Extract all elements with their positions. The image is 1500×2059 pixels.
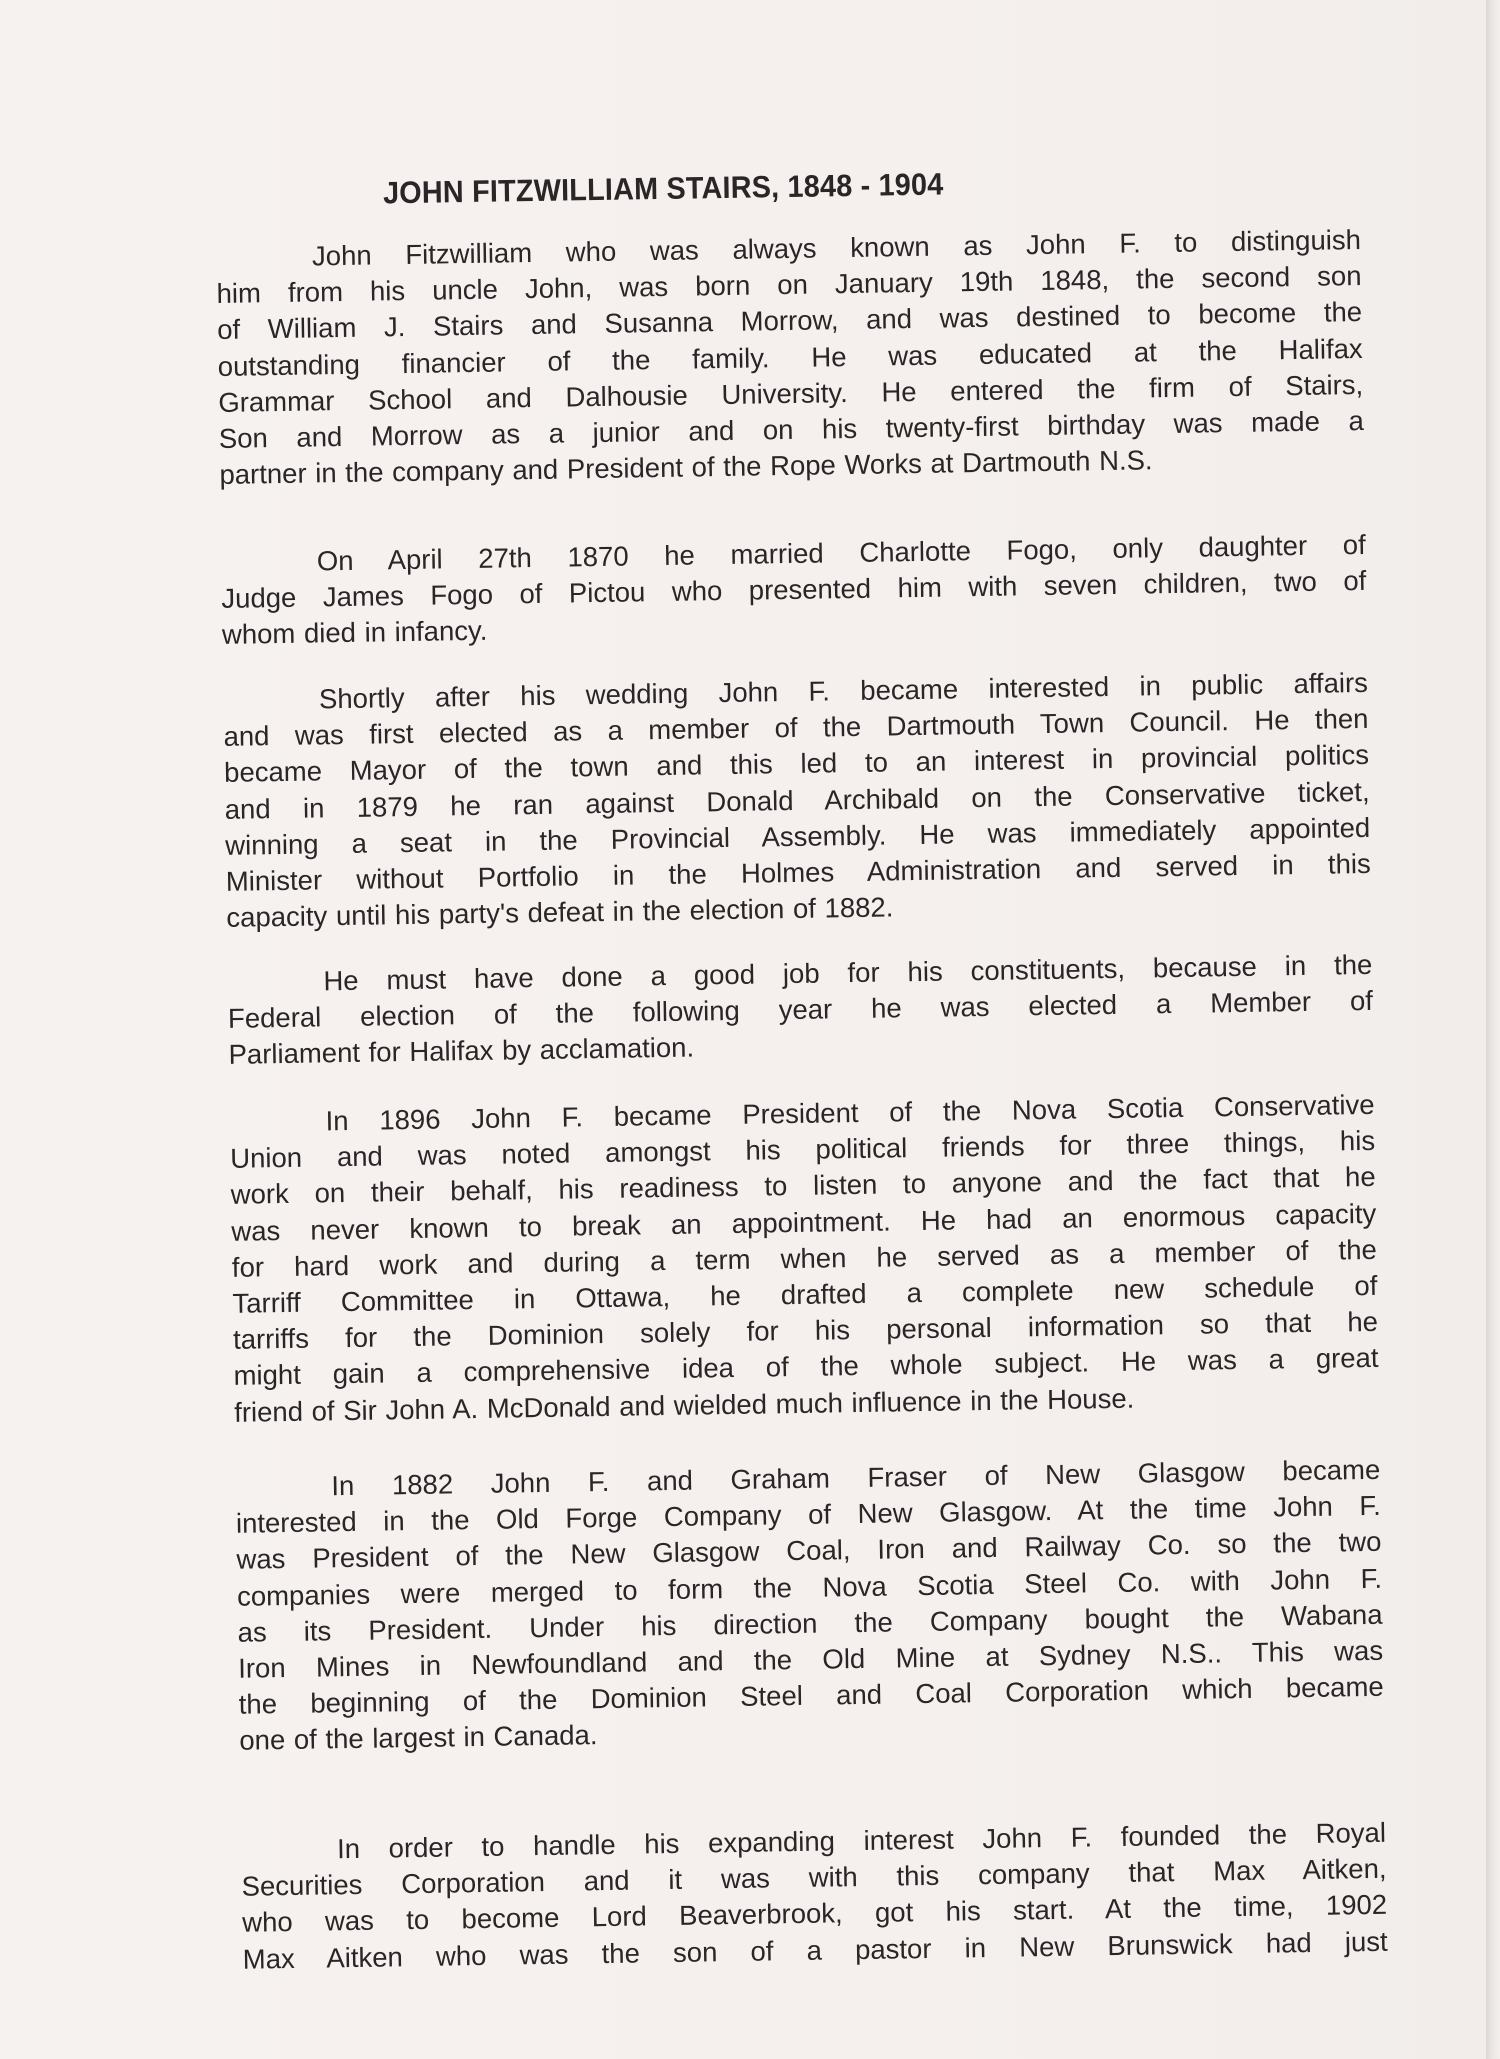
paragraph: On April 27th 1870 he married Charlotte … xyxy=(221,527,1368,654)
page-edge-shadow xyxy=(1486,0,1500,2059)
paragraph: John Fitzwilliam who was always known as… xyxy=(216,222,1365,493)
paragraph: He must have done a good job for his con… xyxy=(227,947,1374,1074)
paragraph: In 1896 John F. became President of the … xyxy=(229,1087,1379,1431)
paragraph: Shortly after his wedding John F. became… xyxy=(223,665,1372,936)
paragraph: In 1882 John F. and Graham Fraser of New… xyxy=(235,1452,1384,1759)
paragraph: In order to handle his expanding interes… xyxy=(241,1815,1388,1978)
